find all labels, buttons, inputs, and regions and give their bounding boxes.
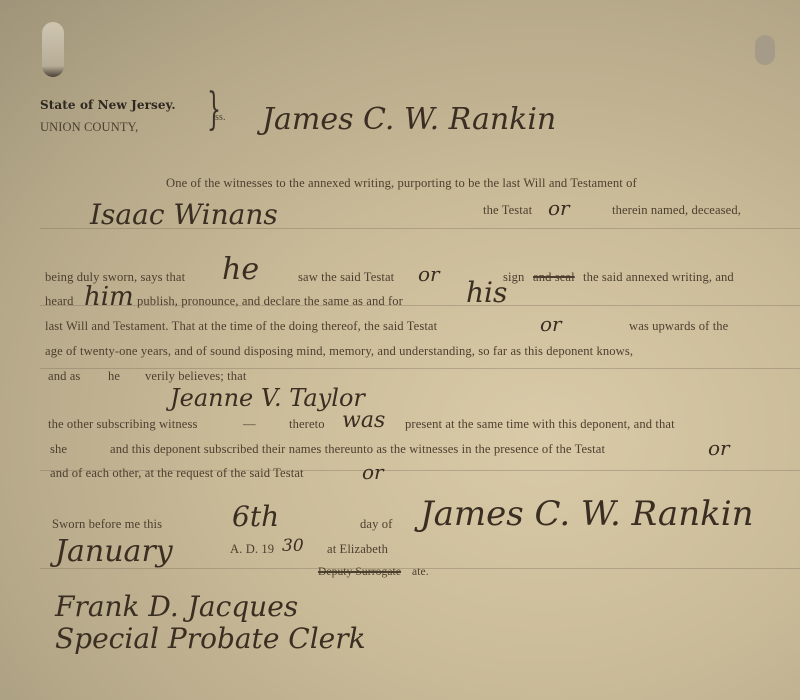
punch-hole <box>42 22 64 77</box>
body-line-3d: the said annexed writing, and <box>583 270 734 285</box>
body-line-7-he: he <box>108 369 120 384</box>
clip-mark <box>755 35 775 65</box>
document-page: State of New Jersey. UNION COUNTY, } ss.… <box>0 0 800 700</box>
ss-label: ss. <box>215 112 226 123</box>
body-line-8c: present at the same time with this depon… <box>405 417 675 432</box>
pronoun-he-handwritten: he <box>222 252 259 287</box>
testat-suffix-handwritten: or <box>418 262 440 286</box>
body-line-4a: heard <box>45 294 73 309</box>
testat-label: the Testat <box>483 203 532 218</box>
official-signature: Frank D. Jacques <box>55 590 298 623</box>
body-line-7a: and as <box>48 369 80 384</box>
other-witness-handwritten: Jeanne V. Taylor <box>170 384 365 412</box>
body-line-7b: verily believes; that <box>145 369 246 384</box>
body-line-2: therein named, deceased, <box>612 203 741 218</box>
struck-deputy-surrogate: Deputy Surrogate <box>318 566 401 578</box>
body-line-3b: saw the said Testat <box>298 270 394 285</box>
ad-label: A. D. 19 <box>230 542 274 557</box>
body-line-5b: was upwards of the <box>629 319 728 334</box>
pronoun-she: she <box>50 442 67 457</box>
county-heading: UNION COUNTY, <box>40 120 138 135</box>
struck-and-seal: and seal <box>533 270 575 285</box>
testat-suffix-handwritten: or <box>708 436 730 460</box>
pronoun-his-handwritten: his <box>466 276 507 309</box>
body-line-9a: and this deponent subscribed their names… <box>110 442 605 457</box>
body-line-6: age of twenty-one years, and of sound di… <box>45 344 633 359</box>
body-line-10a: and of each other, at the request of the… <box>50 466 304 481</box>
state-heading: State of New Jersey. <box>40 98 176 112</box>
body-line-8b: thereto <box>289 417 325 432</box>
day-of-label: day of <box>360 517 392 532</box>
testator-handwritten: Isaac Winans <box>90 198 278 231</box>
year-suffix-handwritten: 30 <box>282 536 304 556</box>
was-handwritten: was <box>342 408 385 433</box>
sworn-label: Sworn before me this <box>52 517 162 532</box>
body-line-5a: last Will and Testament. That at the tim… <box>45 319 437 334</box>
at-elizabeth-label: at Elizabeth <box>327 542 388 557</box>
testat-suffix-handwritten: or <box>362 460 384 484</box>
witness-name-handwritten: James C. W. Rankin <box>262 102 556 137</box>
deponent-signature: James C. W. Rankin <box>420 494 753 534</box>
dash: — <box>243 417 256 432</box>
official-title: Special Probate Clerk <box>55 622 366 655</box>
month-handwritten: January <box>55 534 173 569</box>
body-line-8a: the other subscribing witness <box>48 417 197 432</box>
testat-suffix-handwritten: or <box>540 312 562 336</box>
title-suffix: ate. <box>412 566 429 578</box>
testat-suffix-handwritten: or <box>548 196 570 220</box>
pronoun-him-handwritten: him <box>84 282 134 312</box>
brace: } <box>207 88 221 132</box>
body-line-1: One of the witnesses to the annexed writ… <box>166 176 637 191</box>
day-handwritten: 6th <box>232 500 279 533</box>
body-line-4b: publish, pronounce, and declare the same… <box>137 294 403 309</box>
